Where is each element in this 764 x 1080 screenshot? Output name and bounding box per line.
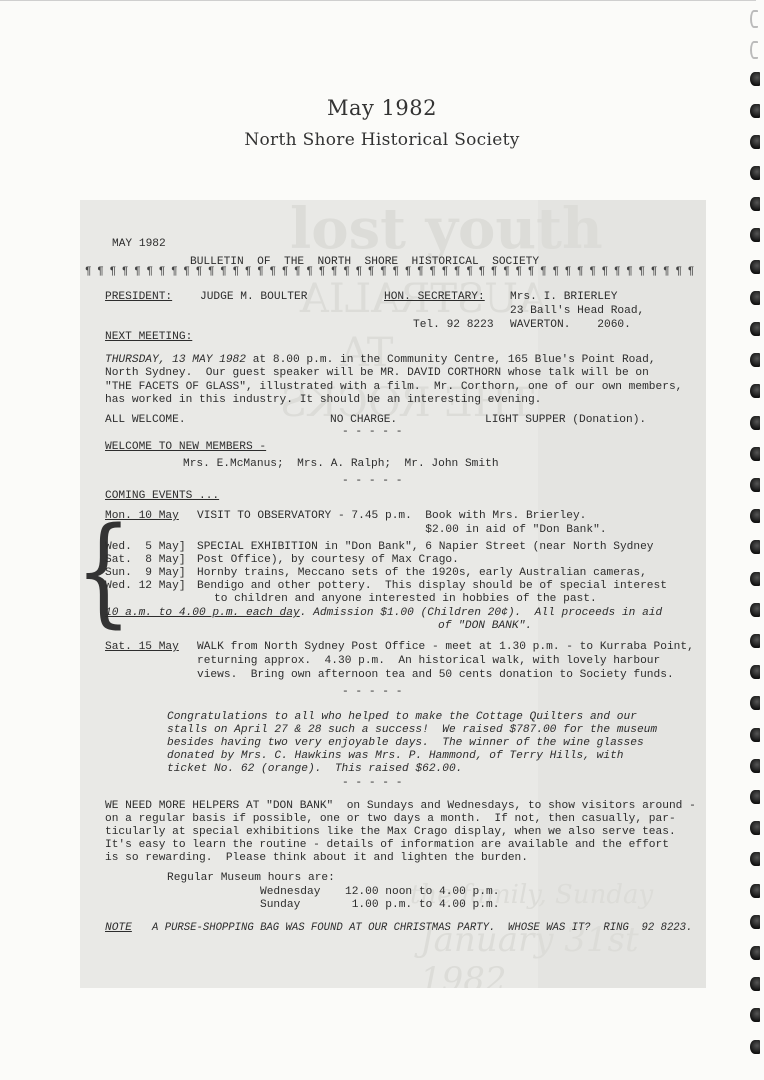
binding-hole-icon — [750, 1040, 760, 1054]
meeting-note: LIGHT SUPPER (Donation). — [485, 414, 646, 428]
exhibition-text: SPECIAL EXHIBITION in "Don Bank", 6 Napi… — [197, 541, 654, 555]
event-date: Sat. 15 May — [105, 641, 179, 655]
binding-hole-icon — [750, 728, 760, 742]
binding-hole-icon — [750, 416, 760, 430]
binding-hole-icon — [750, 759, 760, 773]
congrats-line: besides having two very enjoyable days. … — [167, 737, 644, 751]
event-date: Mon. 10 May — [105, 510, 179, 524]
museum-hours-day: Wednesday — [260, 886, 320, 900]
ghost-headline: lost youth — [290, 200, 603, 262]
event-text: returning approx. 4.30 p.m. An historica… — [197, 655, 660, 669]
congrats-line: Congratulations to all who helped to mak… — [167, 711, 637, 725]
page-top-edge — [0, 0, 756, 1]
binding-hole-icon — [750, 447, 760, 461]
binding-hole-icon — [750, 197, 760, 211]
binding-hole-icon — [750, 852, 760, 866]
page-date-heading: May 1982 — [0, 96, 764, 120]
next-meeting-line: THURSDAY, 13 MAY 1982 at 8.00 p.m. in th… — [105, 354, 656, 368]
binding-hole-icon — [750, 790, 760, 804]
separator: - - - - - — [342, 475, 402, 489]
exhibition-date: Wed. 5 May] — [105, 541, 186, 555]
binding-hole-icon — [750, 509, 760, 523]
binding-hole-icon — [750, 41, 758, 59]
helpers-line: is so rewarding. Please think about it a… — [105, 852, 528, 866]
binding-hole-icon — [750, 572, 760, 586]
binding-hole-icon — [750, 72, 760, 86]
separator: - - - - - — [342, 777, 402, 791]
binding-hole-icon — [750, 884, 760, 898]
secretary-label: HON. SECRETARY: — [384, 291, 485, 305]
exhibition-hours: 10 a.m. to 4.00 p.m. each day. Admission… — [105, 607, 662, 621]
binding-hole-icon — [750, 603, 760, 617]
secretary-name: Mrs. I. BRIERLEY — [510, 291, 617, 305]
binding-hole-icon — [750, 634, 760, 648]
binding-hole-icon — [750, 10, 758, 28]
binding-hole-icon — [750, 821, 760, 835]
binding-hole-icon — [750, 915, 760, 929]
event-text: VISIT TO OBSERVATORY - 7.45 p.m. Book wi… — [197, 510, 586, 524]
museum-hours-heading: Regular Museum hours are: — [167, 872, 335, 886]
president-name: JUDGE M. BOULTER — [200, 291, 307, 305]
helpers-line: It's easy to learn the routine - details… — [105, 839, 669, 853]
museum-hours-day: Sunday — [260, 899, 300, 913]
binding-hole-icon — [750, 384, 760, 398]
exhibition-date: Sun. 9 May] — [105, 567, 186, 581]
exhibition-text: to children and anyone interested in hob… — [214, 593, 597, 607]
binding-hole-icon — [750, 291, 760, 305]
event-text: $2.00 in aid of "Don Bank". — [197, 524, 607, 538]
event-text: views. Bring own afternoon tea and 50 ce… — [197, 669, 674, 683]
congrats-line: ticket No. 62 (orange). This raised $62.… — [167, 763, 462, 777]
bulletin-date: MAY 1982 — [112, 238, 166, 252]
binding-hole-icon — [750, 946, 760, 960]
welcome-heading: WELCOME TO NEW MEMBERS - — [105, 441, 266, 455]
note-text: A PURSE-SHOPPING BAG WAS FOUND AT OUR CH… — [152, 922, 692, 936]
exhibition-text: Hornby trains, Meccano sets of the 1920s… — [197, 567, 647, 581]
separator: - - - - - — [342, 426, 402, 440]
new-members: Mrs. E.McManus; Mrs. A. Ralph; Mr. John … — [183, 458, 499, 472]
binding-hole-icon — [750, 540, 760, 554]
exhibition-date: Wed. 12 May] — [105, 580, 186, 594]
separator: - - - - - — [342, 686, 402, 700]
secretary-tel: Tel. 92 8223 — [413, 319, 494, 333]
binding-hole-icon — [750, 696, 760, 710]
helpers-line: WE NEED MORE HELPERS AT "DON BANK" on Su… — [105, 800, 696, 814]
bulletin-clipping: lost youth AUSTRALIA AT THE ROCKS the fa… — [80, 200, 706, 988]
binding-hole-icon — [750, 353, 760, 367]
exhibition-text: Bendigo and other pottery. This display … — [197, 580, 667, 594]
binding-hole-icon — [750, 1008, 760, 1022]
note-label: NOTE — [105, 922, 132, 936]
binding-hole-icon — [750, 166, 760, 180]
president-label: PRESIDENT: — [105, 291, 172, 305]
binding-hole-icon — [750, 322, 760, 336]
spiral-binding — [748, 10, 762, 1080]
next-meeting-heading: NEXT MEETING: — [105, 331, 192, 345]
next-meeting-line: has worked in this industry. It should b… — [105, 394, 541, 408]
binding-hole-icon — [750, 260, 760, 274]
secretary-address: 23 Ball's Head Road, — [510, 305, 644, 319]
museum-hours-time: 1.00 p.m. to 4.00 p.m. — [345, 899, 499, 913]
binding-hole-icon — [750, 228, 760, 242]
next-meeting-line: North Sydney. Our guest speaker will be … — [105, 367, 649, 381]
binding-hole-icon — [750, 478, 760, 492]
binding-hole-icon — [750, 665, 760, 679]
secretary-suburb: WAVERTON. 2060. — [510, 319, 631, 333]
event-text: WALK from North Sydney Post Office - mee… — [197, 641, 694, 655]
helpers-line: on a regular basis if possible, one or t… — [105, 813, 676, 827]
exhibition-date: Sat. 8 May] — [105, 554, 186, 568]
pilcrow-divider: ¶¶¶¶¶¶¶¶¶¶¶¶¶¶¶¶¶¶¶¶¶¶¶¶¶¶¶¶¶¶¶¶¶¶¶¶¶¶¶¶… — [85, 266, 700, 278]
society-heading: North Shore Historical Society — [0, 130, 764, 150]
next-meeting-line: "THE FACETS OF GLASS", illustrated with … — [105, 381, 682, 395]
binding-hole-icon — [750, 977, 760, 991]
congrats-line: stalls on April 27 & 28 such a success! … — [167, 724, 657, 738]
congrats-line: donated by Mrs. C. Hawkins was Mrs. P. H… — [167, 750, 624, 764]
meeting-note: ALL WELCOME. — [105, 414, 186, 428]
exhibition-proceeds: of "DON BANK". — [438, 620, 532, 634]
exhibition-text: Post Office), by courtesy of Max Crago. — [197, 554, 459, 568]
helpers-line: ticularly at special exhibitions like th… — [105, 826, 676, 840]
museum-hours-time: 12.00 noon to 4.00 p.m. — [345, 886, 499, 900]
